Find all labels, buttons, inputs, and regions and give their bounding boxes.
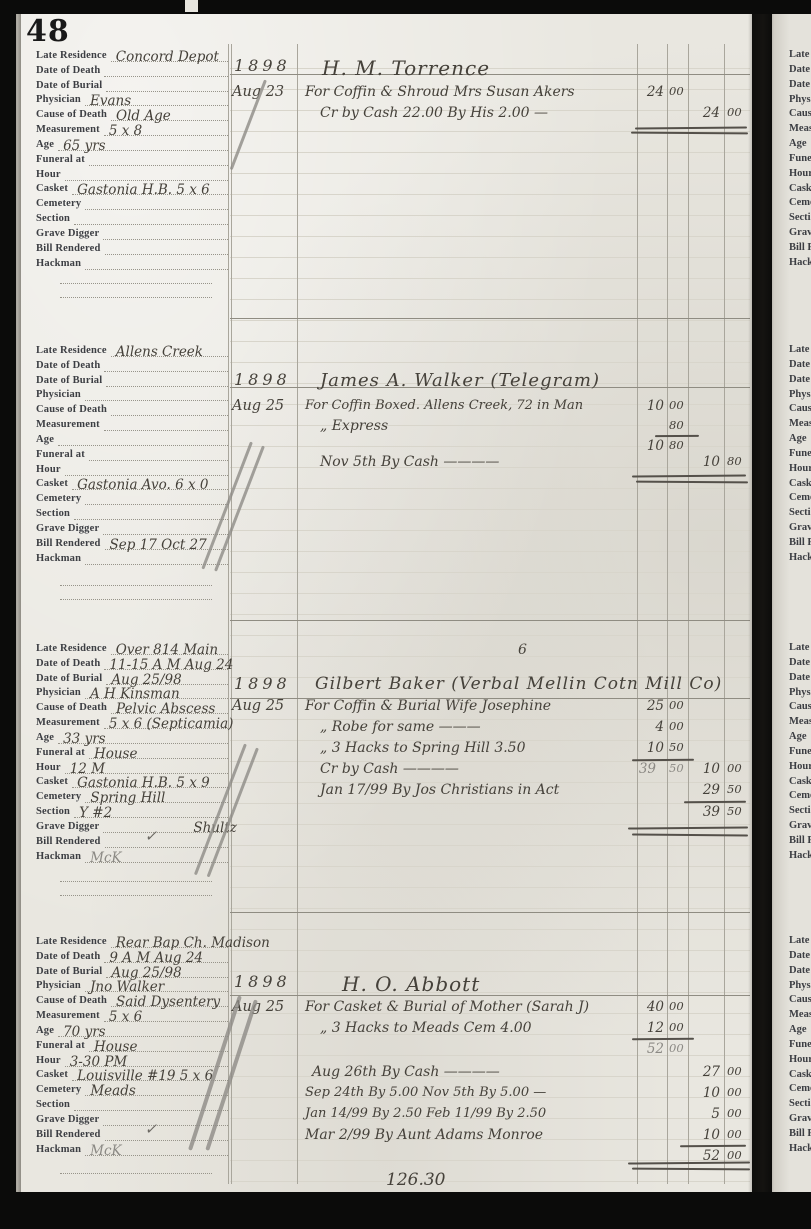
field-row: Cemetery xyxy=(36,195,228,210)
adjacent-page-label: Casket xyxy=(772,1067,811,1082)
adjacent-page-label: Late Residence xyxy=(772,933,811,948)
amount-cents-col2: 00 xyxy=(727,105,745,119)
field-label: Hackman xyxy=(36,258,81,270)
field-row: CasketGastonia H.B. 5 x 6 xyxy=(36,181,228,196)
field-label: Late Residence xyxy=(36,936,107,948)
field-label: Casket xyxy=(36,478,68,490)
adjacent-page-labels: Late ResidenceDate of DeathDate of Buria… xyxy=(772,640,811,863)
gutter-shadow xyxy=(748,14,774,1192)
adjacent-page-label: Cause of Death xyxy=(772,401,811,416)
amount-dollars-col1: 40 xyxy=(636,999,664,1015)
scanned-ledger-page: 48 Late ResidenceConcord Depot Date of D… xyxy=(0,0,811,1229)
adjacent-page-label: Section xyxy=(772,210,811,225)
adjacent-page-label: Cemetery xyxy=(772,490,811,505)
field-label: Cemetery xyxy=(36,493,81,505)
entry-description: Sep 24th By 5.00 Nov 5th By 5.00 — xyxy=(305,1085,546,1100)
amount-dollars-col2: 10 xyxy=(690,1085,720,1101)
book-spine xyxy=(0,0,16,1229)
amount-cents-col2: 00 xyxy=(727,761,745,775)
amount-dollars-col1: 52 xyxy=(636,1041,664,1057)
adjacent-page-label: Physician xyxy=(772,92,811,107)
amount-cents-col1: 00 xyxy=(669,1020,686,1034)
field-label: Date of Death xyxy=(36,951,100,963)
blank-dotted-line xyxy=(60,880,212,882)
field-row: Age65 yrs xyxy=(36,136,228,151)
adjacent-page-label: Date of Death xyxy=(772,357,811,372)
field-value: McK xyxy=(90,850,121,866)
adjacent-page-label: Age xyxy=(772,136,811,151)
field-leader: 9 A M Aug 24 xyxy=(104,950,228,963)
adjacent-page-label: Measurement xyxy=(772,416,811,431)
blank-dotted-line xyxy=(60,296,212,298)
amount-cents-col1: 50 xyxy=(669,761,686,775)
field-label: Bill Rendered xyxy=(36,836,101,848)
amount-cents-col1: 00 xyxy=(669,698,686,712)
entry-description: Cr by Cash ———— xyxy=(320,761,459,777)
adjacent-page-label: Grave Digger xyxy=(772,818,811,833)
adjacent-page-label: Cemetery xyxy=(772,195,811,210)
field-label: Age xyxy=(36,139,54,151)
amount-cents-col1: 00 xyxy=(669,1041,686,1055)
field-row: Cemetery xyxy=(36,490,228,505)
footer-total: 126.30 xyxy=(386,1170,445,1190)
field-leader: Gastonia Avo. 6 x 0 xyxy=(72,477,228,490)
field-row: Section xyxy=(36,210,228,225)
adjacent-page-label: Cause of Death xyxy=(772,992,811,1007)
field-label: Casket xyxy=(36,183,68,195)
adjacent-page-label: Hour xyxy=(772,461,811,476)
adjacent-page-label: Measurement xyxy=(772,714,811,729)
field-row: Hour xyxy=(36,166,228,181)
field-label: Section xyxy=(36,508,70,520)
adjacent-page-label: Late Residence xyxy=(772,47,811,62)
field-row: Late ResidenceRear Bap Ch. Madison xyxy=(36,933,228,948)
adjacent-page-label: Hackman xyxy=(772,848,811,863)
field-row: Funeral at xyxy=(36,151,228,166)
adjacent-page-label: Date of Death xyxy=(772,655,811,670)
adjacent-page-label: Hackman xyxy=(772,550,811,565)
field-row: Hackman xyxy=(36,550,228,565)
amount-dollars-col2: 29 xyxy=(690,782,720,798)
adjacent-page-labels: Late ResidenceDate of DeathDate of Buria… xyxy=(772,342,811,565)
adjacent-page-label: Date of Burial xyxy=(772,372,811,387)
amount-dollars-col1: 24 xyxy=(636,84,664,100)
page-number: 48 xyxy=(26,14,70,49)
adjacent-page-label: Physician xyxy=(772,978,811,993)
adjacent-page-label: Grave Digger xyxy=(772,520,811,535)
entry-description: Nov 5th By Cash ———— xyxy=(320,454,499,470)
adjacent-page-label: Physician xyxy=(772,685,811,700)
scan-border-notch xyxy=(185,0,198,12)
field-leader xyxy=(103,522,228,535)
entry-date: Aug 25 xyxy=(232,698,284,714)
field-label: Grave Digger xyxy=(36,228,99,240)
field-leader xyxy=(74,212,228,225)
adjacent-page-label: Late Residence xyxy=(772,640,811,655)
entry-name: James A. Walker (Telegram) xyxy=(320,370,600,391)
field-leader xyxy=(105,242,228,255)
record-block: Late ResidenceConcord Depot Date of Deat… xyxy=(36,47,228,270)
adjacent-page-label: Funeral at xyxy=(772,151,811,166)
adjacent-page-label: Bill Rendered xyxy=(772,240,811,255)
amount-dollars-col2: 5 xyxy=(690,1106,720,1122)
entry-description: For Coffin Boxed. Allens Creek, 72 in Ma… xyxy=(305,398,583,413)
amount-cents-col2: 00 xyxy=(727,1106,745,1120)
adjacent-page-label: Cemetery xyxy=(772,1081,811,1096)
adjacent-page-label: Date of Burial xyxy=(772,963,811,978)
field-leader xyxy=(65,168,228,181)
field-label: Late Residence xyxy=(36,345,107,357)
adjacent-page-label: Age xyxy=(772,729,811,744)
entry-description: For Coffin & Shroud Mrs Susan Akers xyxy=(305,84,575,100)
amount-dollars-col2: 10 xyxy=(690,761,720,777)
amount-cents-col1: 80 xyxy=(669,418,686,432)
field-leader xyxy=(85,197,228,210)
field-leader: Allens Creek xyxy=(111,344,228,357)
entry-description: Jan 14/99 By 2.50 Feb 11/99 By 2.50 xyxy=(305,1106,546,1121)
field-row: Grave Digger xyxy=(36,520,228,535)
entry-description: Cr by Cash 22.00 By His 2.00 — xyxy=(320,105,548,121)
amount-cents-col2: 00 xyxy=(727,1064,745,1078)
section-divider xyxy=(230,318,750,319)
section-divider xyxy=(230,912,750,913)
checkmark: ✓ xyxy=(145,827,158,845)
ledger-page: 48 Late ResidenceConcord Depot Date of D… xyxy=(20,14,752,1192)
entry-description: Aug 26th By Cash ———— xyxy=(312,1064,500,1080)
field-leader: Gastonia H.B. 5 x 6 xyxy=(72,182,228,195)
field-row: Bill Rendered xyxy=(36,240,228,255)
entry-name: H. O. Abbott xyxy=(342,972,480,996)
section-divider xyxy=(230,620,750,621)
adjacent-page-label: Bill Rendered xyxy=(772,1126,811,1141)
amount-dollars-col1: 4 xyxy=(636,719,664,735)
entry-description: „ 3 Hacks to Spring Hill 3.50 xyxy=(320,740,526,756)
amount-dollars-col1: 12 xyxy=(636,1020,664,1036)
amount-cents-col2: 80 xyxy=(727,454,745,468)
amount-dollars-col2: 10 xyxy=(690,1127,720,1143)
amount-cents-col2: 00 xyxy=(727,1085,745,1099)
field-label: Hackman xyxy=(36,851,81,863)
field-leader: 65 yrs xyxy=(58,138,228,151)
field-leader xyxy=(74,507,228,520)
amount-dollars-col2: 10 xyxy=(690,454,720,470)
adjacent-page-labels: Late ResidenceDate of DeathDate of Buria… xyxy=(772,47,811,270)
adjacent-page-label: Hackman xyxy=(772,1141,811,1156)
adjacent-page-label: Age xyxy=(772,431,811,446)
scan-border-top xyxy=(0,0,811,14)
field-label: Hour xyxy=(36,169,61,181)
amount-dollars-col2: 27 xyxy=(690,1064,720,1080)
adjacent-page-label: Funeral at xyxy=(772,1037,811,1052)
field-leader: Rear Bap Ch. Madison xyxy=(111,935,228,948)
blank-dotted-line xyxy=(60,894,212,896)
amount-dollars-col2: 39 xyxy=(690,804,720,820)
blank-dotted-line xyxy=(60,1172,212,1174)
subtotal-underline xyxy=(655,435,699,437)
field-row: Section xyxy=(36,505,228,520)
adjacent-page-label: Late Residence xyxy=(772,342,811,357)
adjacent-page-label: Measurement xyxy=(772,121,811,136)
adjacent-page-label: Date of Death xyxy=(772,948,811,963)
adjacent-page-label: Cause of Death xyxy=(772,106,811,121)
field-row: Bill RenderedSep 17 Oct 27 xyxy=(36,535,228,550)
blank-dotted-line xyxy=(60,584,212,586)
adjacent-page-label: Date of Burial xyxy=(772,670,811,685)
amount-dollars-col2: 24 xyxy=(690,105,720,121)
entry-year: 1898 xyxy=(234,370,291,389)
adjacent-page-label: Hackman xyxy=(772,255,811,270)
field-label: Hackman xyxy=(36,553,81,565)
amount-dollars-col1: 25 xyxy=(636,698,664,714)
field-leader xyxy=(103,227,228,240)
entry-description: Mar 2/99 By Aunt Adams Monroe xyxy=(305,1127,543,1143)
adjacent-page-label: Bill Rendered xyxy=(772,535,811,550)
annotation-6: 6 xyxy=(518,642,527,658)
adjacent-page-label: Hour xyxy=(772,1052,811,1067)
amount-dollars-col1: 39 xyxy=(628,761,656,777)
adjacent-page-label: Bill Rendered xyxy=(772,833,811,848)
blank-dotted-line xyxy=(60,282,212,284)
entry-name: H. M. Torrence xyxy=(322,56,490,80)
field-label: Date of Death xyxy=(36,658,100,670)
field-label: Bill Rendered xyxy=(36,538,101,550)
field-row: Grave Digger xyxy=(36,225,228,240)
field-row: CasketGastonia Avo. 6 x 0 xyxy=(36,476,228,491)
field-row: Late ResidenceAllens Creek xyxy=(36,342,228,357)
adjacent-page-labels: Late ResidenceDate of DeathDate of Buria… xyxy=(772,933,811,1156)
amount-cents-col2: 00 xyxy=(727,1148,745,1162)
adjacent-page-label: Date of Burial xyxy=(772,77,811,92)
field-leader xyxy=(85,257,228,270)
field-row: Bill Rendered✓ xyxy=(36,833,228,848)
adjacent-page-label: Casket xyxy=(772,476,811,491)
field-row: Late ResidenceOver 814 Main xyxy=(36,640,228,655)
entry-date: Aug 25 xyxy=(232,398,284,414)
adjacent-page-label: Grave Digger xyxy=(772,225,811,240)
adjacent-page-label: Hour xyxy=(772,759,811,774)
field-label: Funeral at xyxy=(36,154,85,166)
amount-dollars-col1: 10 xyxy=(636,740,664,756)
amount-cents-col2: 50 xyxy=(727,782,745,796)
entry-description: For Coffin & Burial Wife Josephine xyxy=(305,698,551,714)
field-label: Cemetery xyxy=(36,198,81,210)
entry-year: 1898 xyxy=(234,56,291,75)
adjacent-page-label: Cemetery xyxy=(772,788,811,803)
entry-name: Gilbert Baker (Verbal Mellin Cotn Mill C… xyxy=(315,674,722,694)
field-label: Bill Rendered xyxy=(36,243,101,255)
entry-description: For Casket & Burial of Mother (Sarah J) xyxy=(305,999,589,1015)
field-row: Date of Death9 A M Aug 24 xyxy=(36,948,228,963)
amount-dollars-col1: 10 xyxy=(636,398,664,414)
amount-cents-col1: 00 xyxy=(669,999,686,1013)
adjacent-page-label: Funeral at xyxy=(772,446,811,461)
amount-cents-col1: 80 xyxy=(669,438,686,452)
adjacent-page-label: Age xyxy=(772,1022,811,1037)
field-leader xyxy=(89,153,228,166)
adjacent-page-label: Section xyxy=(772,1096,811,1111)
field-leader: McK xyxy=(85,850,228,863)
field-leader: 11-15 A M Aug 24 xyxy=(104,657,228,670)
amount-cents-col2: 00 xyxy=(727,1127,745,1141)
adjacent-page-label: Physician xyxy=(772,387,811,402)
adjacent-page-label: Hour xyxy=(772,166,811,181)
entry-description: „ 3 Hacks to Meads Cem 4.00 xyxy=(320,1020,532,1036)
entry-description: „ Robe for same ——— xyxy=(320,719,481,735)
scan-border-bottom xyxy=(0,1192,811,1229)
amount-cents-col1: 00 xyxy=(669,84,686,98)
field-label: Late Residence xyxy=(36,643,107,655)
amount-cents-col1: 50 xyxy=(669,740,686,754)
field-row: Date of Death11-15 A M Aug 24 xyxy=(36,655,228,670)
field-row: Hackman xyxy=(36,255,228,270)
field-leader: Over 814 Main xyxy=(111,642,228,655)
adjacent-page-label: Section xyxy=(772,505,811,520)
field-label: Section xyxy=(36,213,70,225)
entry-description: „ Express xyxy=(320,418,388,434)
field-leader xyxy=(85,492,228,505)
adjacent-page-label: Funeral at xyxy=(772,744,811,759)
blank-dotted-line xyxy=(60,598,212,600)
adjacent-page-strip: Late ResidenceDate of DeathDate of Buria… xyxy=(772,14,811,1192)
adjacent-page-label: Section xyxy=(772,803,811,818)
amount-dollars-col1: 10 xyxy=(636,438,664,454)
entry-description: Jan 17/99 By Jos Christians in Act xyxy=(320,782,559,798)
adjacent-page-label: Measurement xyxy=(772,1007,811,1022)
amount-cents-col1: 00 xyxy=(669,719,686,733)
amount-cents-col1: 00 xyxy=(669,398,686,412)
entry-year: 1898 xyxy=(234,674,291,693)
entry-year: 1898 xyxy=(234,972,291,991)
field-label: Grave Digger xyxy=(36,523,99,535)
adjacent-page-label: Date of Death xyxy=(772,62,811,77)
adjacent-page-label: Cause of Death xyxy=(772,699,811,714)
adjacent-page-label: Grave Digger xyxy=(772,1111,811,1126)
adjacent-page-label: Casket xyxy=(772,181,811,196)
amount-cents-col2: 50 xyxy=(727,804,745,818)
adjacent-page-label: Casket xyxy=(772,774,811,789)
section-divider xyxy=(230,995,750,996)
